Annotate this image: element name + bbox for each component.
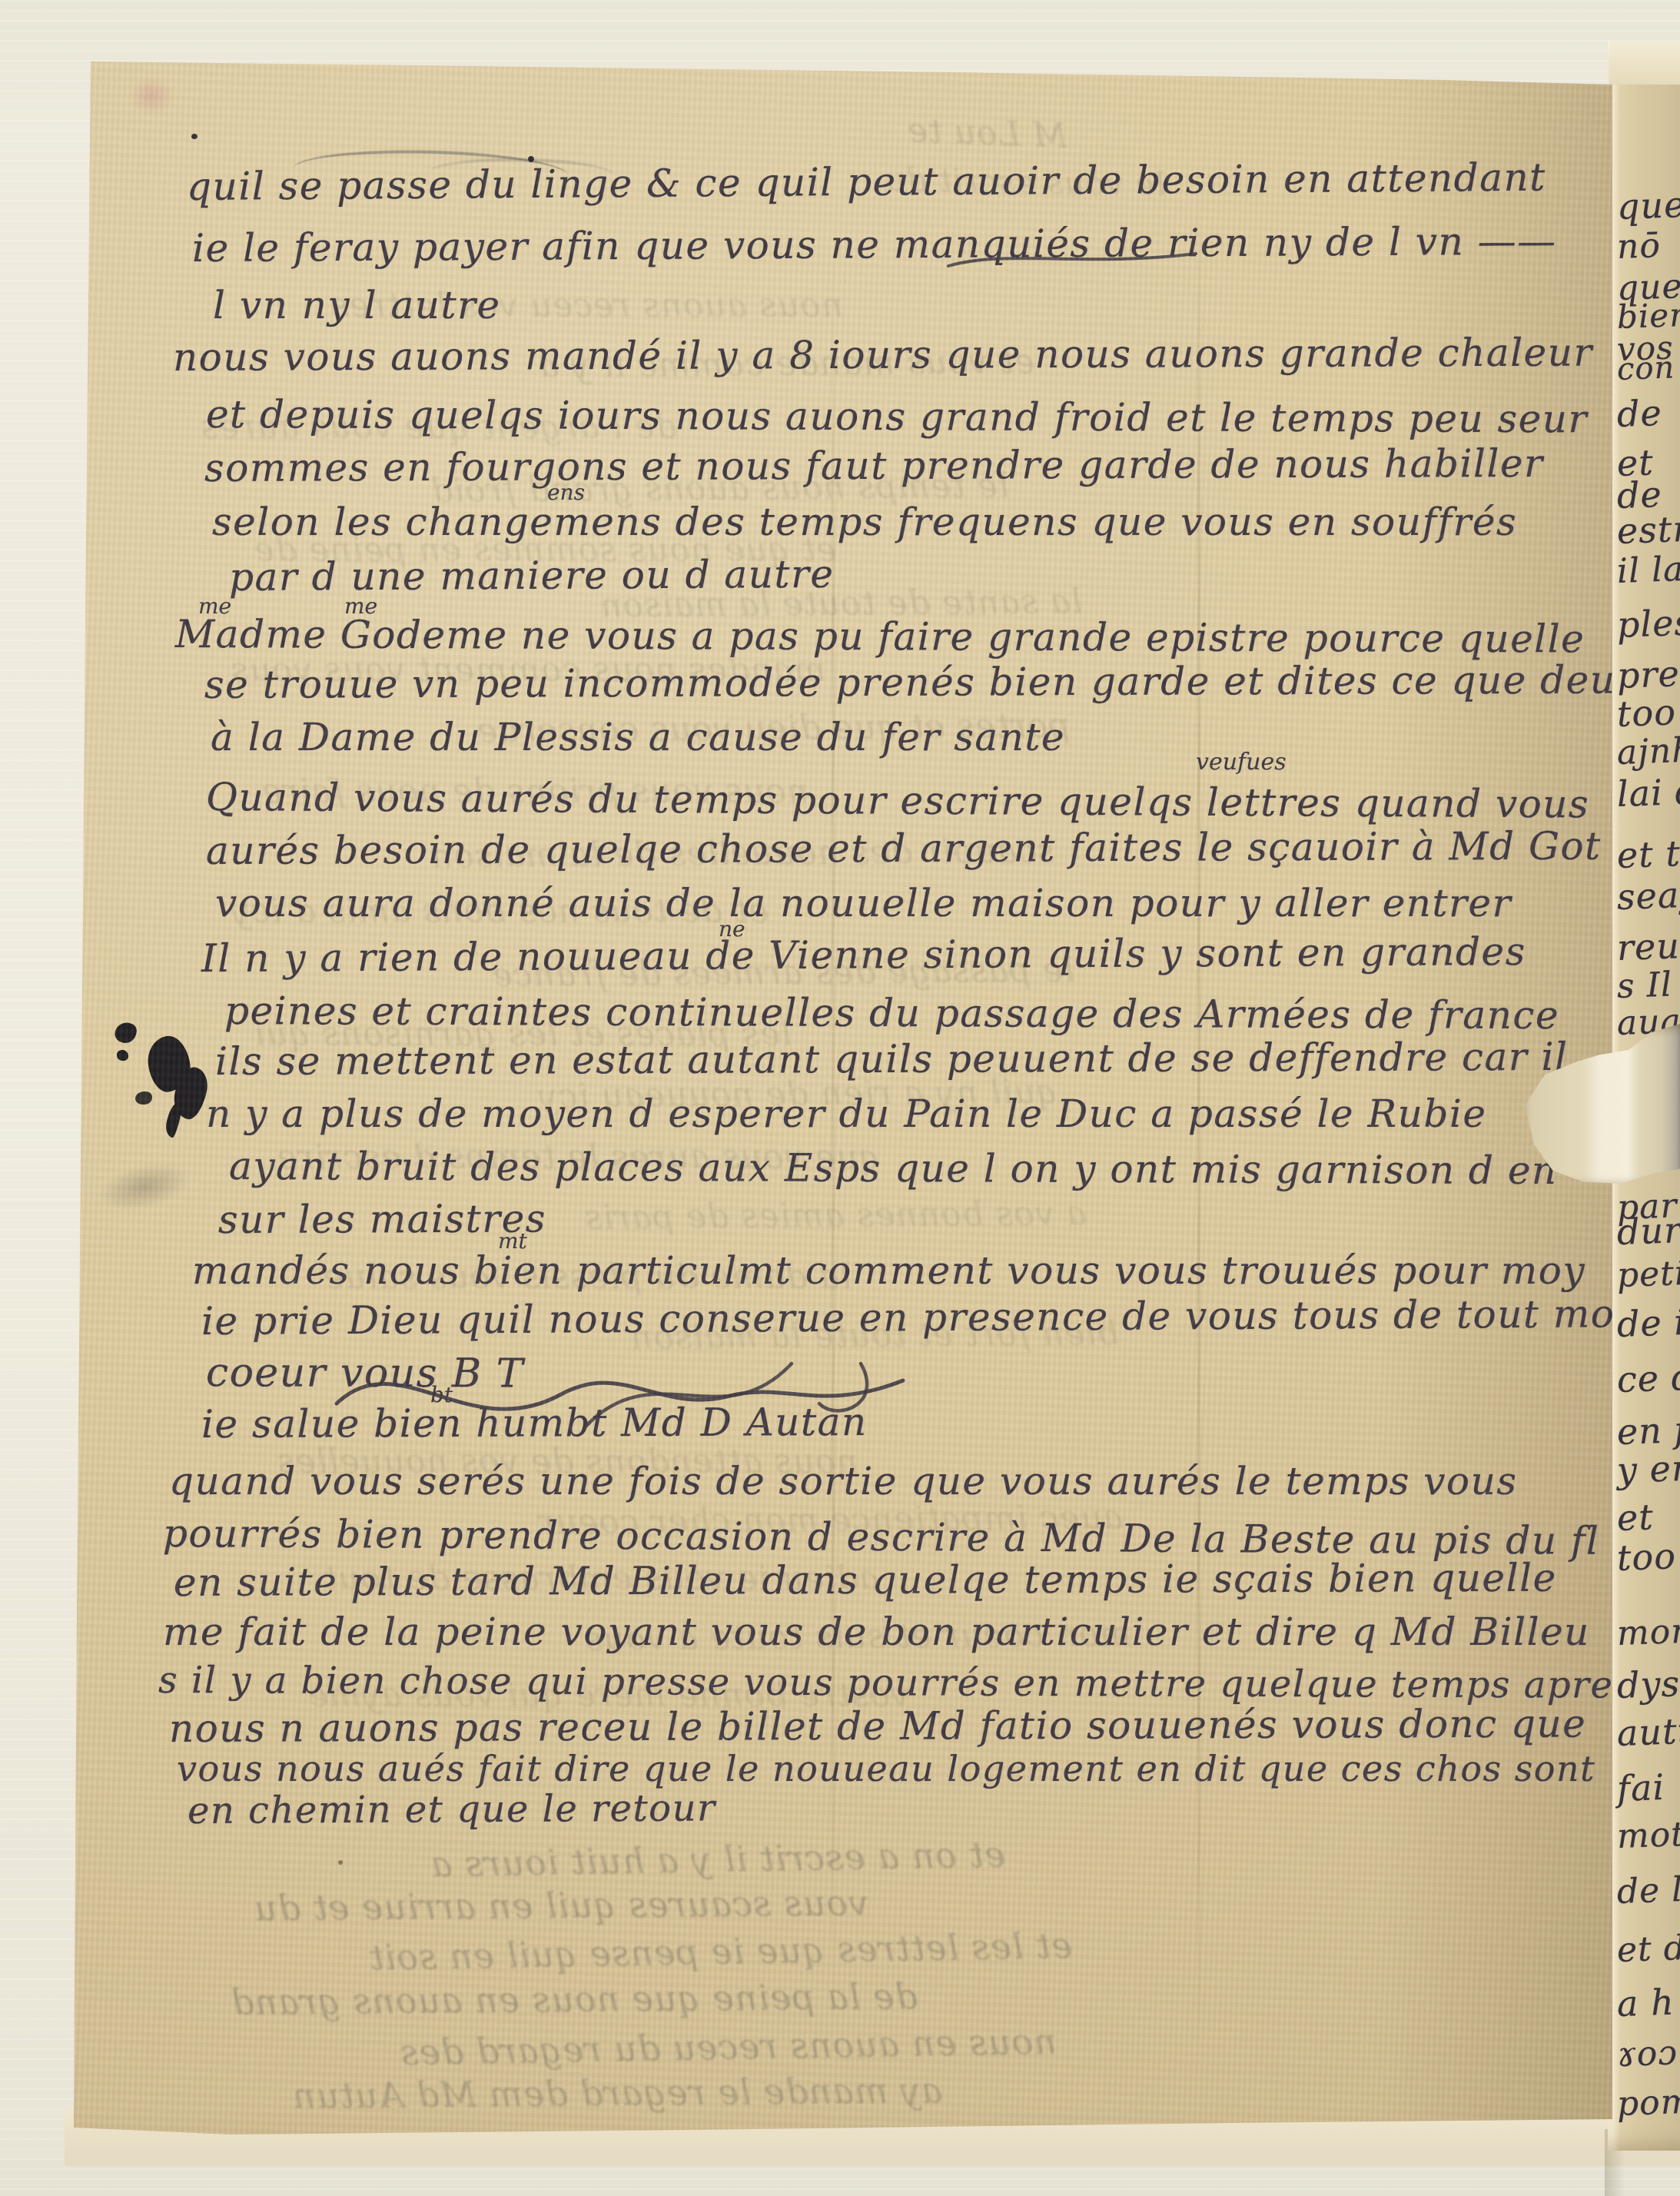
manuscript-line: n y a plus de moyen d esperer du Pain le…: [206, 1091, 1486, 1136]
ink-blot: [117, 1050, 128, 1061]
margin-fragment: autt: [1616, 1710, 1680, 1754]
manuscript-line: ils se mettent en estat autant quils peu…: [215, 1035, 1569, 1084]
bleedthrough-line: auec impatience mon cher coeur: [538, 1498, 1124, 1543]
pencil-streak: [294, 147, 569, 175]
manuscript-line: se trouue vn peu incommodée prenés bien …: [204, 657, 1661, 707]
bleedthrough-line: vous scaures quil en arriue et du: [254, 1882, 868, 1929]
manuscript-line: pourrés bien prendre occasion d escrire …: [163, 1511, 1600, 1563]
superscript-note: ens: [547, 480, 585, 505]
margin-fragment: de: [1616, 392, 1663, 435]
bleedthrough-line: de la peine que nous en auons grand: [231, 1975, 918, 2023]
manuscript-line: quand vous serés une fois de sortie que …: [169, 1459, 1517, 1503]
manuscript-line: Quand vous aurés du temps pour escrire q…: [206, 775, 1589, 826]
manuscript-line: selon les changemens des temps frequens …: [212, 500, 1517, 544]
bleedthrough-line: nous auons receu vos lettres: [330, 286, 843, 325]
margin-fragment: et t: [1616, 832, 1680, 876]
margin-fragment: il lais: [1616, 549, 1680, 591]
margin-fragment: ɤoɔ: [1616, 2033, 1678, 2075]
manuscript-line: Il n y a rien de nouueau de Vienne sinon…: [201, 929, 1526, 981]
margin-fragment: de i: [1616, 1301, 1680, 1345]
bleedthrough-line: portes et que dieu vous conserue: [476, 706, 1071, 751]
bleedthrough-line: mon coeur et suis toute a vous: [584, 1615, 1132, 1659]
bleedthrough-line: bien fort et toute la maison: [630, 1314, 1119, 1357]
manuscript-line: par d une maniere ou d autre: [229, 552, 835, 600]
margin-fragment: nō: [1616, 226, 1662, 267]
bleedthrough-line: et de tous nos bons amis d icy: [231, 892, 769, 931]
margin-fragment: dure: [1616, 1208, 1680, 1253]
bleedthrough-line: scauoir des nouuelles de la maison: [430, 831, 1055, 875]
bleedthrough-line: et les lettres que ie pense quil en soit: [369, 1925, 1073, 1978]
margin-fragment: a h: [1616, 1981, 1675, 2025]
manuscript-line: nous vous auons mandé il y a 8 iours que…: [173, 331, 1593, 380]
margin-fragment: ajnh: [1616, 731, 1680, 772]
vertical-crease: [832, 246, 835, 2014]
manuscript-line: en suite plus tard Md Billeu dans quelqe…: [174, 1556, 1557, 1605]
vertical-crease: [1197, 169, 1200, 2075]
pink-stain: [129, 77, 174, 115]
margin-fragment: estr: [1616, 508, 1680, 552]
bleedthrough-line: et vous mande comme il y a: [538, 342, 1035, 386]
signature-flourish: [330, 1330, 930, 1453]
margin-fragment: too: [1616, 1535, 1677, 1579]
superscript-note: me: [198, 593, 231, 619]
margin-fragment: dys: [1616, 1663, 1680, 1706]
manuscript-line: ie prie Dieu quil nous conserue en prese…: [201, 1291, 1641, 1344]
margin-fragment: con: [1616, 350, 1675, 387]
line-flourish: [945, 244, 1199, 275]
manuscript-line: à la Dame du Plessis a cause du fer sant…: [211, 715, 1065, 759]
margin-fragment: de l: [1616, 1870, 1680, 1912]
bleedthrough-line: la dame du plessis vous salue: [323, 1257, 852, 1297]
manuscript-line: mandés nous bien particulmt comment vous…: [192, 1248, 1585, 1293]
margin-fragment: ples: [1616, 602, 1680, 646]
bleedthrough-line: et on a escrit il y a huit iours a: [430, 1833, 1006, 1885]
bleedthrough-line: M Lou te: [906, 111, 1067, 155]
superscript-note: ne: [719, 916, 745, 942]
bleedthrough-line: nous attendons de vos nouuelles: [277, 1442, 858, 1481]
pencil-streak: [430, 157, 615, 175]
ink-blot: [144, 1033, 194, 1095]
margin-fragment: peti: [1616, 1254, 1680, 1295]
manuscript-line: sur les maistres: [218, 1197, 546, 1242]
bleedthrough-line: le vous escrit du: [884, 161, 1167, 203]
margin-fragment: mon: [1616, 1612, 1680, 1653]
bleedthrough-line: la sante de toute la maison: [599, 582, 1083, 625]
margin-fragment: s Il: [1616, 965, 1673, 1006]
margin-smudge: [95, 1154, 194, 1218]
margin-fragment: ce d: [1616, 1356, 1680, 1400]
margin-fragment: fai: [1616, 1766, 1665, 1809]
manuscript-line: me fait de la peine voyant vous de bon p…: [163, 1610, 1590, 1654]
manuscript-line: vous nous aués fait dire que le nouueau …: [177, 1748, 1595, 1789]
manuscript-line: peines et craintes continuelles du passa…: [224, 988, 1559, 1038]
margin-fragment: mot: [1616, 1815, 1680, 1856]
bleedthrough-line: ay mande le regard dem Md Autun: [292, 2069, 943, 2116]
margin-fragment: et d: [1616, 1929, 1680, 1970]
manuscript-line: l vn ny l autre: [213, 283, 501, 327]
manuscript-line: ie salue bien humbt Md D Autan: [201, 1400, 868, 1447]
margin-fragment: too: [1616, 691, 1677, 735]
bleedthrough-line: mandes nous comment vous vous: [231, 650, 826, 689]
manuscript-line: vous aura donné auis de la nouuelle mais…: [215, 881, 1512, 925]
bleedthrough-line: le temps nous auons grand froid: [430, 467, 1009, 511]
ink-speck: [338, 1860, 343, 1865]
ink-blot: [135, 1091, 152, 1105]
manuscript-line: et depuis quelqs iours nous auons grand …: [206, 392, 1588, 441]
margin-fragment: en f: [1616, 1409, 1680, 1453]
bleedthrough-line: le passage des armees de france: [492, 951, 1075, 995]
manuscript-line: en chemin et que le retour: [188, 1786, 716, 1832]
adjacent-page-top-corner: [1609, 42, 1680, 85]
bleedthrough-line: adieu ie vous embrasse de tout: [323, 1559, 879, 1598]
ink-speck: [528, 156, 534, 162]
superscript-note: mt: [498, 1228, 527, 1254]
margin-fragment: lai d: [1616, 770, 1680, 815]
manuscript-line: sommes en fourgons et nous faut prendre …: [204, 441, 1544, 490]
manuscript-line: ayant bruit des places aux Esps que l on…: [229, 1144, 1558, 1193]
bleedthrough-line: nous vous prions de nous faire: [261, 772, 808, 811]
superscript-note: bt: [430, 1382, 453, 1407]
manuscript-line: ie le feray payer afin que vous ne manqu…: [192, 219, 1557, 271]
bleedthrough-line: les places et les garnisons qui: [254, 1015, 792, 1054]
bleedthrough-line: que vous aures le temps d escrire: [277, 1138, 881, 1177]
manuscript-line: Madme Godeme ne vous a pas pu faire gran…: [175, 612, 1585, 661]
letter-page: M Lou tele vous escrit dunous auons rece…: [0, 0, 1680, 2196]
ink-blot: [170, 1064, 211, 1121]
superscript-note: me: [344, 593, 377, 619]
margin-fragment: et: [1616, 1496, 1655, 1539]
bleedthrough-line: vostre bonne mere qui vous ayme: [307, 1676, 910, 1715]
manuscript-line: quil se passe du linge & ce quil peut au…: [187, 155, 1546, 209]
margin-fragment: pres: [1616, 652, 1680, 696]
margin-fragment: pom: [1616, 2082, 1680, 2124]
margin-fragment: reu: [1616, 925, 1680, 968]
manuscript-line: nous n auons pas receu le billet de Md f…: [169, 1702, 1587, 1751]
margin-fragment: y en: [1616, 1447, 1680, 1491]
manuscript-line: coeur vous B T: [206, 1350, 524, 1397]
bleedthrough-line: et que nous sommes en peine de: [254, 530, 836, 570]
manuscript-line: s il y a bien chose qui presse vous pour…: [158, 1659, 1634, 1707]
ink-speck: [191, 134, 198, 139]
ink-blot: [112, 1019, 138, 1045]
bleedthrough-line: nous en auons receu du regard des: [400, 2021, 1057, 2074]
manuscript-scan: quenōquebienvoscondeetdeestril laisplesp…: [0, 0, 1680, 2196]
bleedthrough-line: quil ny a rien de nouueau icy: [538, 1072, 1058, 1116]
bleedthrough-line: de l argent que vous aures: [200, 407, 677, 447]
superscript-note: veufues: [1196, 749, 1287, 776]
margin-fragment: que: [1616, 184, 1680, 228]
manuscript-line: aurés besoin de quelqe chose et d argent…: [206, 823, 1680, 873]
bleedthrough-line: a vos bonnes amies de paris: [584, 1194, 1087, 1238]
margin-fragment: seay: [1616, 873, 1680, 918]
